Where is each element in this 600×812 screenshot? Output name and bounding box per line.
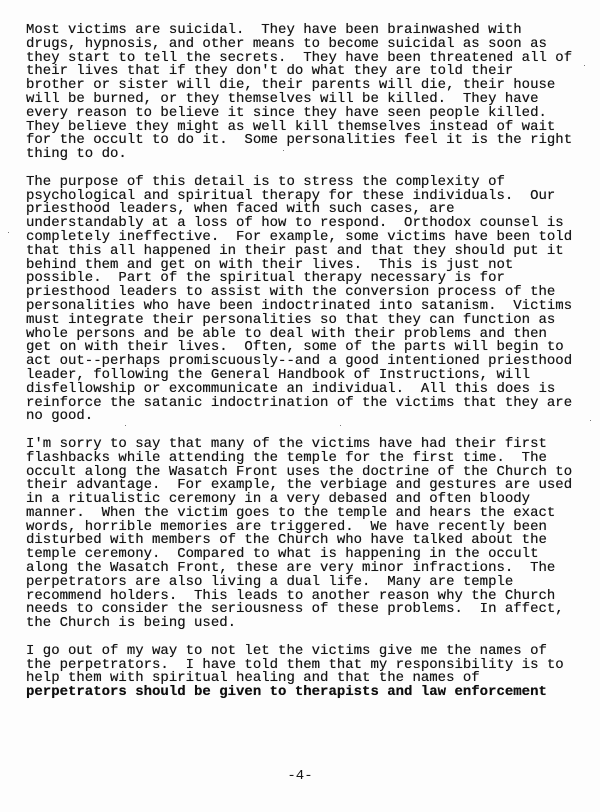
scan-speck [340, 425, 341, 426]
scan-speck [125, 425, 126, 426]
text-line: perpetrators should be given to therapis… [26, 686, 596, 700]
scan-speck [590, 420, 591, 421]
text-line: reinforce the satanic indoctrination of … [26, 397, 596, 411]
scan-speck [584, 65, 585, 66]
scan-speck [283, 150, 284, 151]
document-page: Most victims are suicidal. They have bee… [0, 0, 600, 812]
body-text: Most victims are suicidal. They have bee… [26, 24, 596, 714]
paragraph: I'm sorry to say that many of the victim… [26, 438, 596, 631]
paragraph: I go out of my way to not let the victim… [26, 645, 596, 700]
text-line: no good. [26, 410, 596, 424]
scan-speck [316, 181, 317, 182]
page-number: -4- [0, 769, 600, 783]
paragraph: The purpose of this detail is to stress … [26, 176, 596, 424]
paragraph: Most victims are suicidal. They have bee… [26, 24, 596, 162]
text-line: thing to do. [26, 148, 596, 162]
scan-speck [8, 232, 9, 233]
text-line: the Church is being used. [26, 617, 596, 631]
